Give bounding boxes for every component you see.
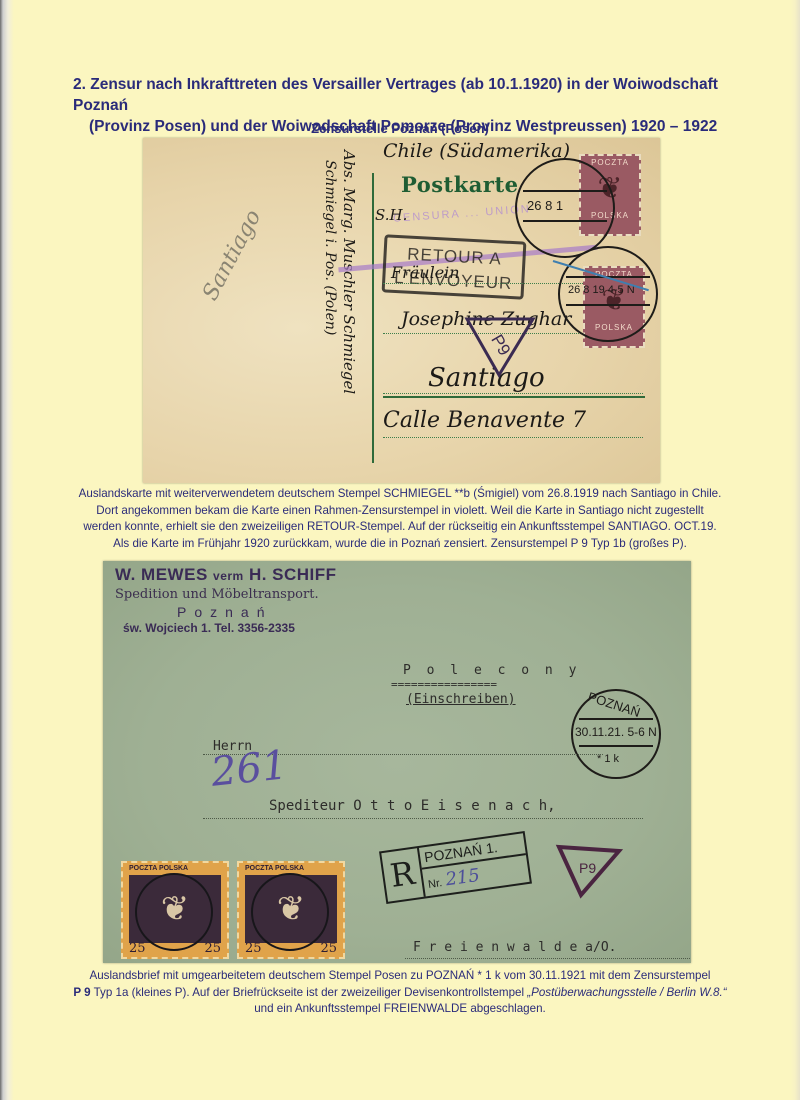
caption-2-line-1: Auslandsbrief mit umgearbeitetem deutsch… [40,968,760,985]
destination-country: Chile (Südamerika) [383,140,570,162]
postcard-caption: Auslandskarte mit weiterverwendetem deut… [40,486,760,552]
envelope-stamp-1: POCZTA POLSKA ❦ 25 25 [121,861,229,959]
svg-text:P9: P9 [579,860,596,876]
caption-1-line-4: Als die Karte im Frühjahr 1920 zurückkam… [40,536,760,553]
pencil-note: Santiago [198,206,266,305]
handwritten-number: 261 [209,742,290,796]
sender-vertical-line-1: Abs. Marg. Muschler Schmiegel [340,150,358,394]
sender-stamp: W. MEWES verm H. SCHIFF Spedition und Mö… [115,565,337,635]
page-right-edge [790,0,800,1100]
caption-2-line-2: P 9 Typ 1a (kleines P). Auf der Briefrüc… [40,985,760,1002]
address-solidline [383,396,645,398]
registered-label-german: (Einschreiben) [406,692,516,707]
caption-1-line-1: Auslandskarte mit weiterverwendetem deut… [40,486,760,503]
address-dotline-3 [405,958,690,959]
page-title-line-1: 2. Zensur nach Inkrafttreten des Versail… [73,76,718,114]
sender-city: Poznań [177,604,337,620]
caption-1-line-2: Dort angekommen bekam die Karte einen Ra… [40,503,760,520]
envelope-image: W. MEWES verm H. SCHIFF Spedition und Mö… [103,561,691,963]
address-dotline-3 [383,393,643,394]
salutation: S.H. [375,206,407,224]
recipient-city: F r e i e n w a l d e a/O. [413,940,617,955]
registered-underline: ================ [391,678,497,691]
street: Calle Benavente 7 [383,408,586,433]
sender-vertical-line-2: Schmiegel i. Pos. (Polen) [322,160,338,335]
envelope-caption: Auslandsbrief mit umgearbeitetem deutsch… [40,968,760,1018]
sender-address: św. Wojciech 1. Tel. 3356-2335 [123,621,337,635]
divider-line [372,173,374,463]
addressee-line-1: Fräulein [391,263,460,282]
cancellation-mark [135,873,213,951]
address-dotline-2 [203,818,643,819]
censor-triangle-p9: P9 [463,313,537,379]
caption-1-line-3: werden konnte, erhielt sie den zweizeili… [40,519,760,536]
censor-triangle-p9: P9 [555,841,623,899]
registered-label-polish: P o l e c o n y [403,663,580,678]
envelope-stamp-2: POCZTA POLSKA ❦ 25 25 [237,861,345,959]
postmark-poznan: POZNAŃ 30.11.21. 5-6 N * 1 k [571,689,661,779]
cancellation-mark [251,873,329,951]
registration-label: R POZNAŃ 1. Nr.215 [379,831,532,904]
sender-trade: Spedition und Möbeltransport. [115,587,337,602]
sender-firm: W. MEWES verm H. SCHIFF [115,565,337,585]
page-left-edge [0,0,14,1100]
recipient-name: Spediteur O t t o E i s e n a c h, [269,798,556,814]
postmark-schmiegel-1: 26 8 1 [515,158,615,258]
violet-censor-stamp: CENSURA ... UNION [393,203,531,225]
postkarte-title: Postkarte [401,172,519,197]
section-subheading: Zensurstelle Poznań (Posen) [0,121,800,136]
postmark-schmiegel-2: 26 8 19 4-5 N [558,246,658,342]
caption-2-line-3: und ein Ankunftsstempel FREIENWALDE abge… [40,1001,760,1018]
address-dotline-4 [383,437,643,438]
postcard-image: Santiago Abs. Marg. Muschler Schmiegel S… [143,138,660,483]
